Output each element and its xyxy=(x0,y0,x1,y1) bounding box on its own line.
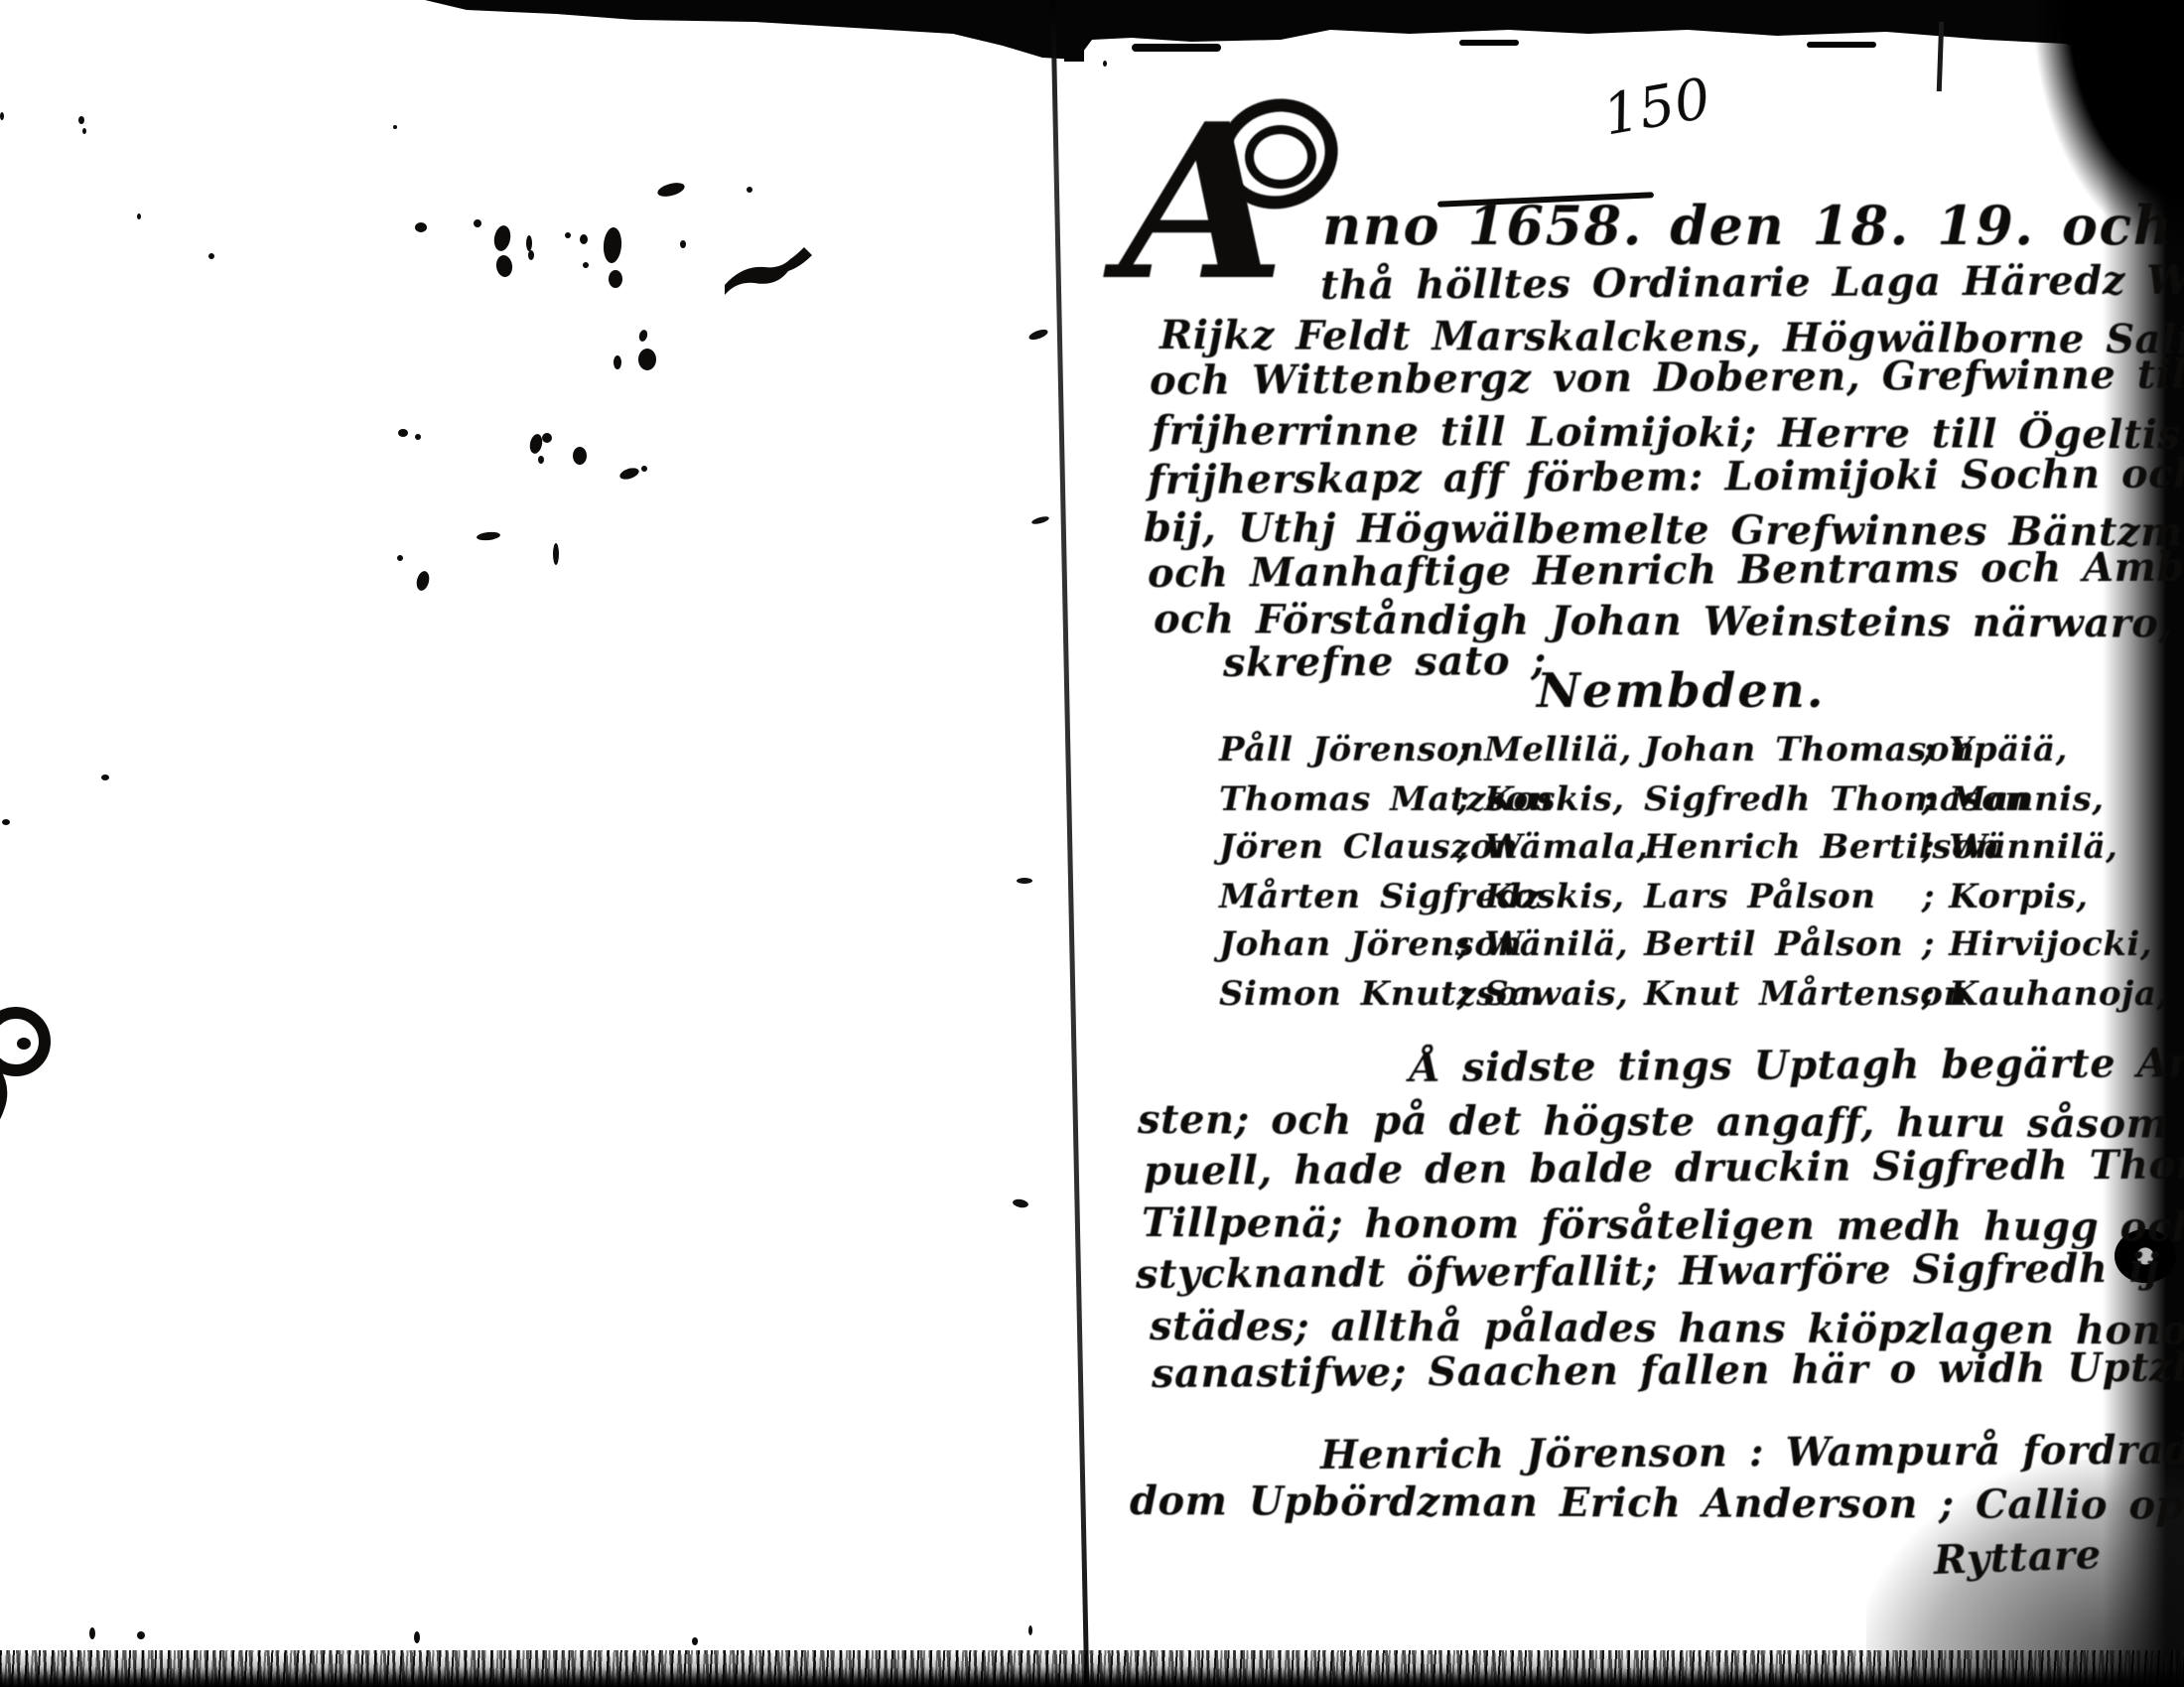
fold-ink-marks xyxy=(1012,328,1049,1209)
name-village-separator: ; xyxy=(1918,927,1949,961)
nembden-row: Jören Clauszon;Wämala, xyxy=(1219,830,1649,864)
juror-name: Simon Knutzson xyxy=(1219,977,1453,1011)
juror-village: Wämala, xyxy=(1484,830,1649,864)
nembden-row: Sigfredh Thomason;Mannis, xyxy=(1644,782,2105,816)
bottom-edge-shadow xyxy=(0,1650,2184,1687)
juror-village: Korpis, xyxy=(1949,880,2089,914)
juror-village: Mellilä, xyxy=(1484,733,1632,767)
nembden-row: Johan Jörenson;Wänilä, xyxy=(1219,927,1628,961)
page-number: 150 xyxy=(1599,71,1714,145)
nembden-row: Knut Mårtenson;Kauhanoja, xyxy=(1644,977,2169,1011)
name-village-separator: ; xyxy=(1453,880,1484,914)
nembden-row: Bertil Pålson;Hirvijocki, xyxy=(1644,927,2152,961)
nembden-row: Johan Thomason;Ypäiä, xyxy=(1644,733,2068,767)
name-village-separator: ; xyxy=(1918,782,1949,816)
nembden-row: Thomas Matzson;Koskis, xyxy=(1219,782,1625,816)
nembden-row: Lars Pålson;Korpis, xyxy=(1644,880,2089,914)
name-village-separator: ; xyxy=(1453,927,1484,961)
paragraph2-line: puell, hade den balde druckin Sigfredh T… xyxy=(1144,1144,2184,1192)
juror-village: Koskis, xyxy=(1484,880,1625,914)
paragraph2-line: sanastifwe; Saachen fallen här o widh Up… xyxy=(1152,1347,2184,1394)
juror-name: Jören Clauszon xyxy=(1219,830,1453,864)
juror-village: Mannis, xyxy=(1949,782,2105,816)
page-top-edge xyxy=(425,0,2184,70)
ink-blot-loop xyxy=(0,1013,45,1140)
nembden-row: Simon Knutzson;Sawais, xyxy=(1219,977,1628,1011)
juror-village: Wänilä, xyxy=(1484,927,1628,961)
juror-name: Thomas Matzson xyxy=(1219,782,1453,816)
nembden-row: Påll Jörenson;Mellilä, xyxy=(1219,733,1632,767)
name-village-separator: ; xyxy=(1453,977,1484,1011)
paragraph1-line: och Manhaftige Henrich Bentrams och Ambt… xyxy=(1148,546,2184,594)
juror-village: Koskis, xyxy=(1484,782,1625,816)
juror-village: Kauhanoja, xyxy=(1949,977,2169,1011)
paragraph2-line: Tillpenä; honom försåteligen medh hugg o… xyxy=(1142,1203,2184,1249)
ink-specks xyxy=(0,61,1107,1645)
paragraph3-line: dom Upbördzman Erich Anderson ; Callio o… xyxy=(1130,1481,2184,1526)
juror-village: Sawais, xyxy=(1484,977,1628,1011)
paragraph1-line: och Wittenbergz von Doberen, Grefwinne t… xyxy=(1150,353,2184,401)
juror-name: Mårten Sigfredz xyxy=(1219,880,1453,914)
juror-name: Knut Mårtenson xyxy=(1644,977,1918,1011)
paragraph2-line: sten; och på det högste angaff, huru sås… xyxy=(1138,1100,2184,1146)
initial-flourish-loop-inner xyxy=(1245,125,1316,189)
closing-word: Ryttare xyxy=(1933,1535,2102,1581)
juror-name: Henrich Bertilson xyxy=(1644,830,1918,864)
ink-speck-cluster xyxy=(397,181,812,593)
name-village-separator: ; xyxy=(1453,733,1484,767)
page-fold-line xyxy=(1050,0,1089,1687)
nembden-row: Mårten Sigfredz;Koskis, xyxy=(1219,880,1625,914)
juror-name: Bertil Pålson xyxy=(1644,927,1918,961)
name-village-separator: ; xyxy=(1918,733,1949,767)
juror-name: Sigfredh Thomason xyxy=(1644,782,1918,816)
name-village-separator: ; xyxy=(1918,880,1949,914)
juror-name: Johan Thomason xyxy=(1644,733,1918,767)
nembden-title: Nembden. xyxy=(1537,667,1825,715)
juror-name: Påll Jörenson xyxy=(1219,733,1453,767)
paragraph3-line: Henrich Jörenson : Wampurå fordrade aff … xyxy=(1320,1429,2184,1476)
juror-village: Ypäiä, xyxy=(1949,733,2068,767)
name-village-separator: ; xyxy=(1453,830,1484,864)
juror-name: Johan Jörenson xyxy=(1219,927,1453,961)
stray-pen-stroke xyxy=(1937,22,1944,91)
paragraph1-line: thå hölltes Ordinarie Laga Häredz Winter… xyxy=(1320,259,2184,306)
name-village-separator: ; xyxy=(1453,782,1484,816)
paragraph1-line: frijherskapz aff förbem: Loimijoki Sochn… xyxy=(1148,453,2184,500)
juror-village: Hirvijocki, xyxy=(1949,927,2152,961)
paragraph2-line: Å sidste tings Uptagh begärte Ambtman Jo… xyxy=(1410,1041,2184,1088)
manuscript-scan: 150 A nno 1658. den 18. 19. och 20 Marti… xyxy=(0,0,2184,1687)
name-village-separator: ; xyxy=(1918,977,1949,1011)
juror-village: Wännilä, xyxy=(1949,830,2117,864)
paragraph1-line: skrefne sato ; xyxy=(1223,641,1547,683)
paragraph1-line: frijherrinne till Loimijoki; Herre till … xyxy=(1152,411,2184,457)
paragraph2-line: stycknandt öfwerfallit; Hwarföre Sigfred… xyxy=(1136,1247,2184,1295)
nembden-row: Henrich Bertilson;Wännilä, xyxy=(1644,830,2117,864)
name-village-separator: ; xyxy=(1918,830,1949,864)
juror-name: Lars Pålson xyxy=(1644,880,1918,914)
